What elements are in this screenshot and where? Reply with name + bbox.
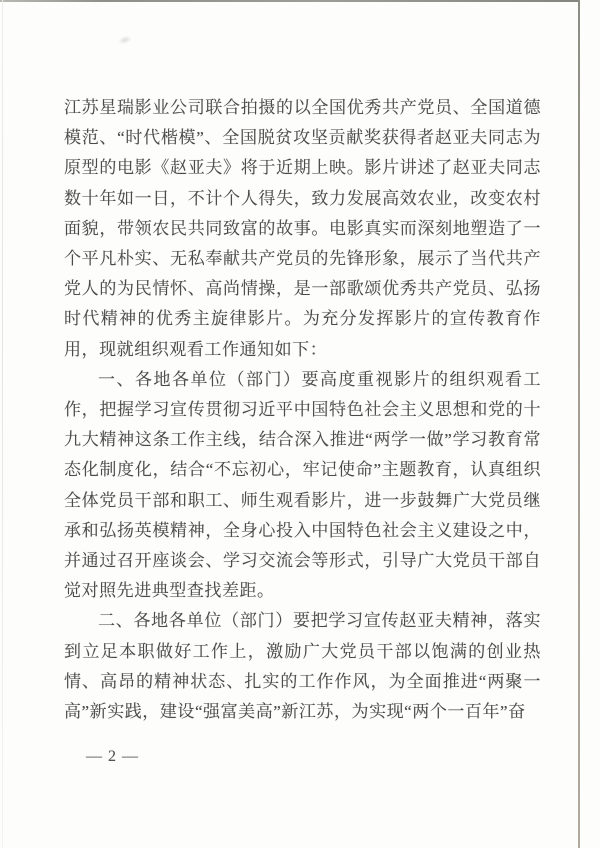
scan-edge-top xyxy=(0,0,580,2)
body-paragraph-item-1: 一、各地各单位（部门）要高度重视影片的组织观看工作，把握学习宣传贯彻习近平中国特… xyxy=(64,365,541,607)
scan-edge-left xyxy=(2,0,3,848)
scan-edge-right xyxy=(578,0,580,848)
scanned-document-page: 江苏星瑞影业公司联合拍摄的以全国优秀共产党员、全国道德模范、“时代楷模”、全国脱… xyxy=(0,0,600,848)
scan-smudge-artifact xyxy=(117,34,133,46)
page-number: — 2 — xyxy=(86,748,139,766)
document-body-text: 江苏星瑞影业公司联合拍摄的以全国优秀共产党员、全国道德模范、“时代楷模”、全国脱… xyxy=(64,93,541,727)
body-paragraph-intro: 江苏星瑞影业公司联合拍摄的以全国优秀共产党员、全国道德模范、“时代楷模”、全国脱… xyxy=(64,93,541,365)
body-paragraph-item-2: 二、各地各单位（部门）要把学习宣传赵亚夫精神，落实到立足本职做好工作上，激励广大… xyxy=(64,606,541,727)
